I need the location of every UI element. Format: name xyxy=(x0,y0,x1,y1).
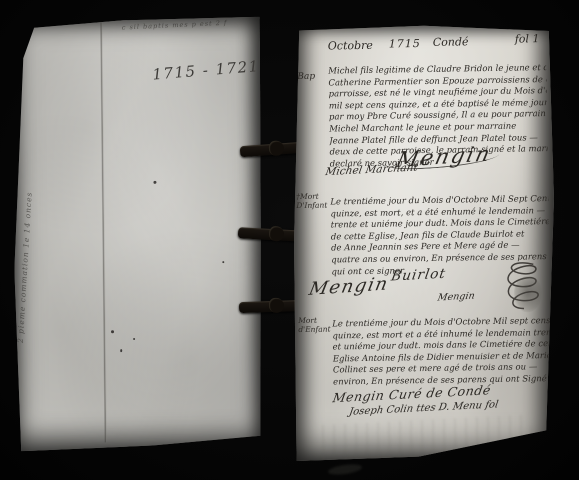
entry2-margin-label: †Mort D'Infant xyxy=(296,192,327,210)
margin-line: D'Infant xyxy=(296,201,327,210)
background-smudge xyxy=(328,463,363,477)
header-year: 1715 xyxy=(389,37,421,51)
signature-buirlot: Buirlot xyxy=(390,266,447,285)
left-page-top-annotation: c sil baptis mes p est 2 f xyxy=(122,17,260,36)
paper-speck xyxy=(133,338,135,340)
paper-speck xyxy=(111,330,114,333)
left-page-edge-annotation: 2 pieme commation 1e 14 onces xyxy=(16,131,38,343)
margin-line: d'Enfant xyxy=(298,325,330,335)
header-folio: fol 1 xyxy=(515,32,540,45)
right-page-content: Octobre 1715 Condé fol 1 Bap Michel fils… xyxy=(294,22,561,463)
entry3-margin-label: Mort d'Enfant xyxy=(298,316,331,335)
signature-mengin: Mengin xyxy=(307,274,391,300)
left-page: c sil baptis mes p est 2 f 1715 - 1721 2… xyxy=(12,17,265,452)
header-month: Octobre xyxy=(328,39,373,53)
paper-speck xyxy=(120,349,122,352)
binding-knot xyxy=(269,140,285,156)
left-page-year-range: 1715 - 1721 xyxy=(152,57,261,84)
right-page: Octobre 1715 Condé fol 1 Bap Michel fils… xyxy=(294,24,554,461)
header-place: Condé xyxy=(433,35,469,49)
entry3-text: Le trentiéme jour du Mois d'Octobre Mil … xyxy=(332,316,551,389)
entry1-margin-label: Bap xyxy=(297,73,315,82)
binding-knot xyxy=(269,298,285,314)
binding-knot xyxy=(269,226,285,242)
signature-mengin-small: Mengin xyxy=(437,291,476,304)
paper-speck xyxy=(222,261,224,263)
register-scan: c sil baptis mes p est 2 f 1715 - 1721 2… xyxy=(0,0,579,480)
margin-line: †Mort xyxy=(296,192,327,201)
paper-speck xyxy=(153,181,156,184)
page-crease xyxy=(100,22,107,442)
